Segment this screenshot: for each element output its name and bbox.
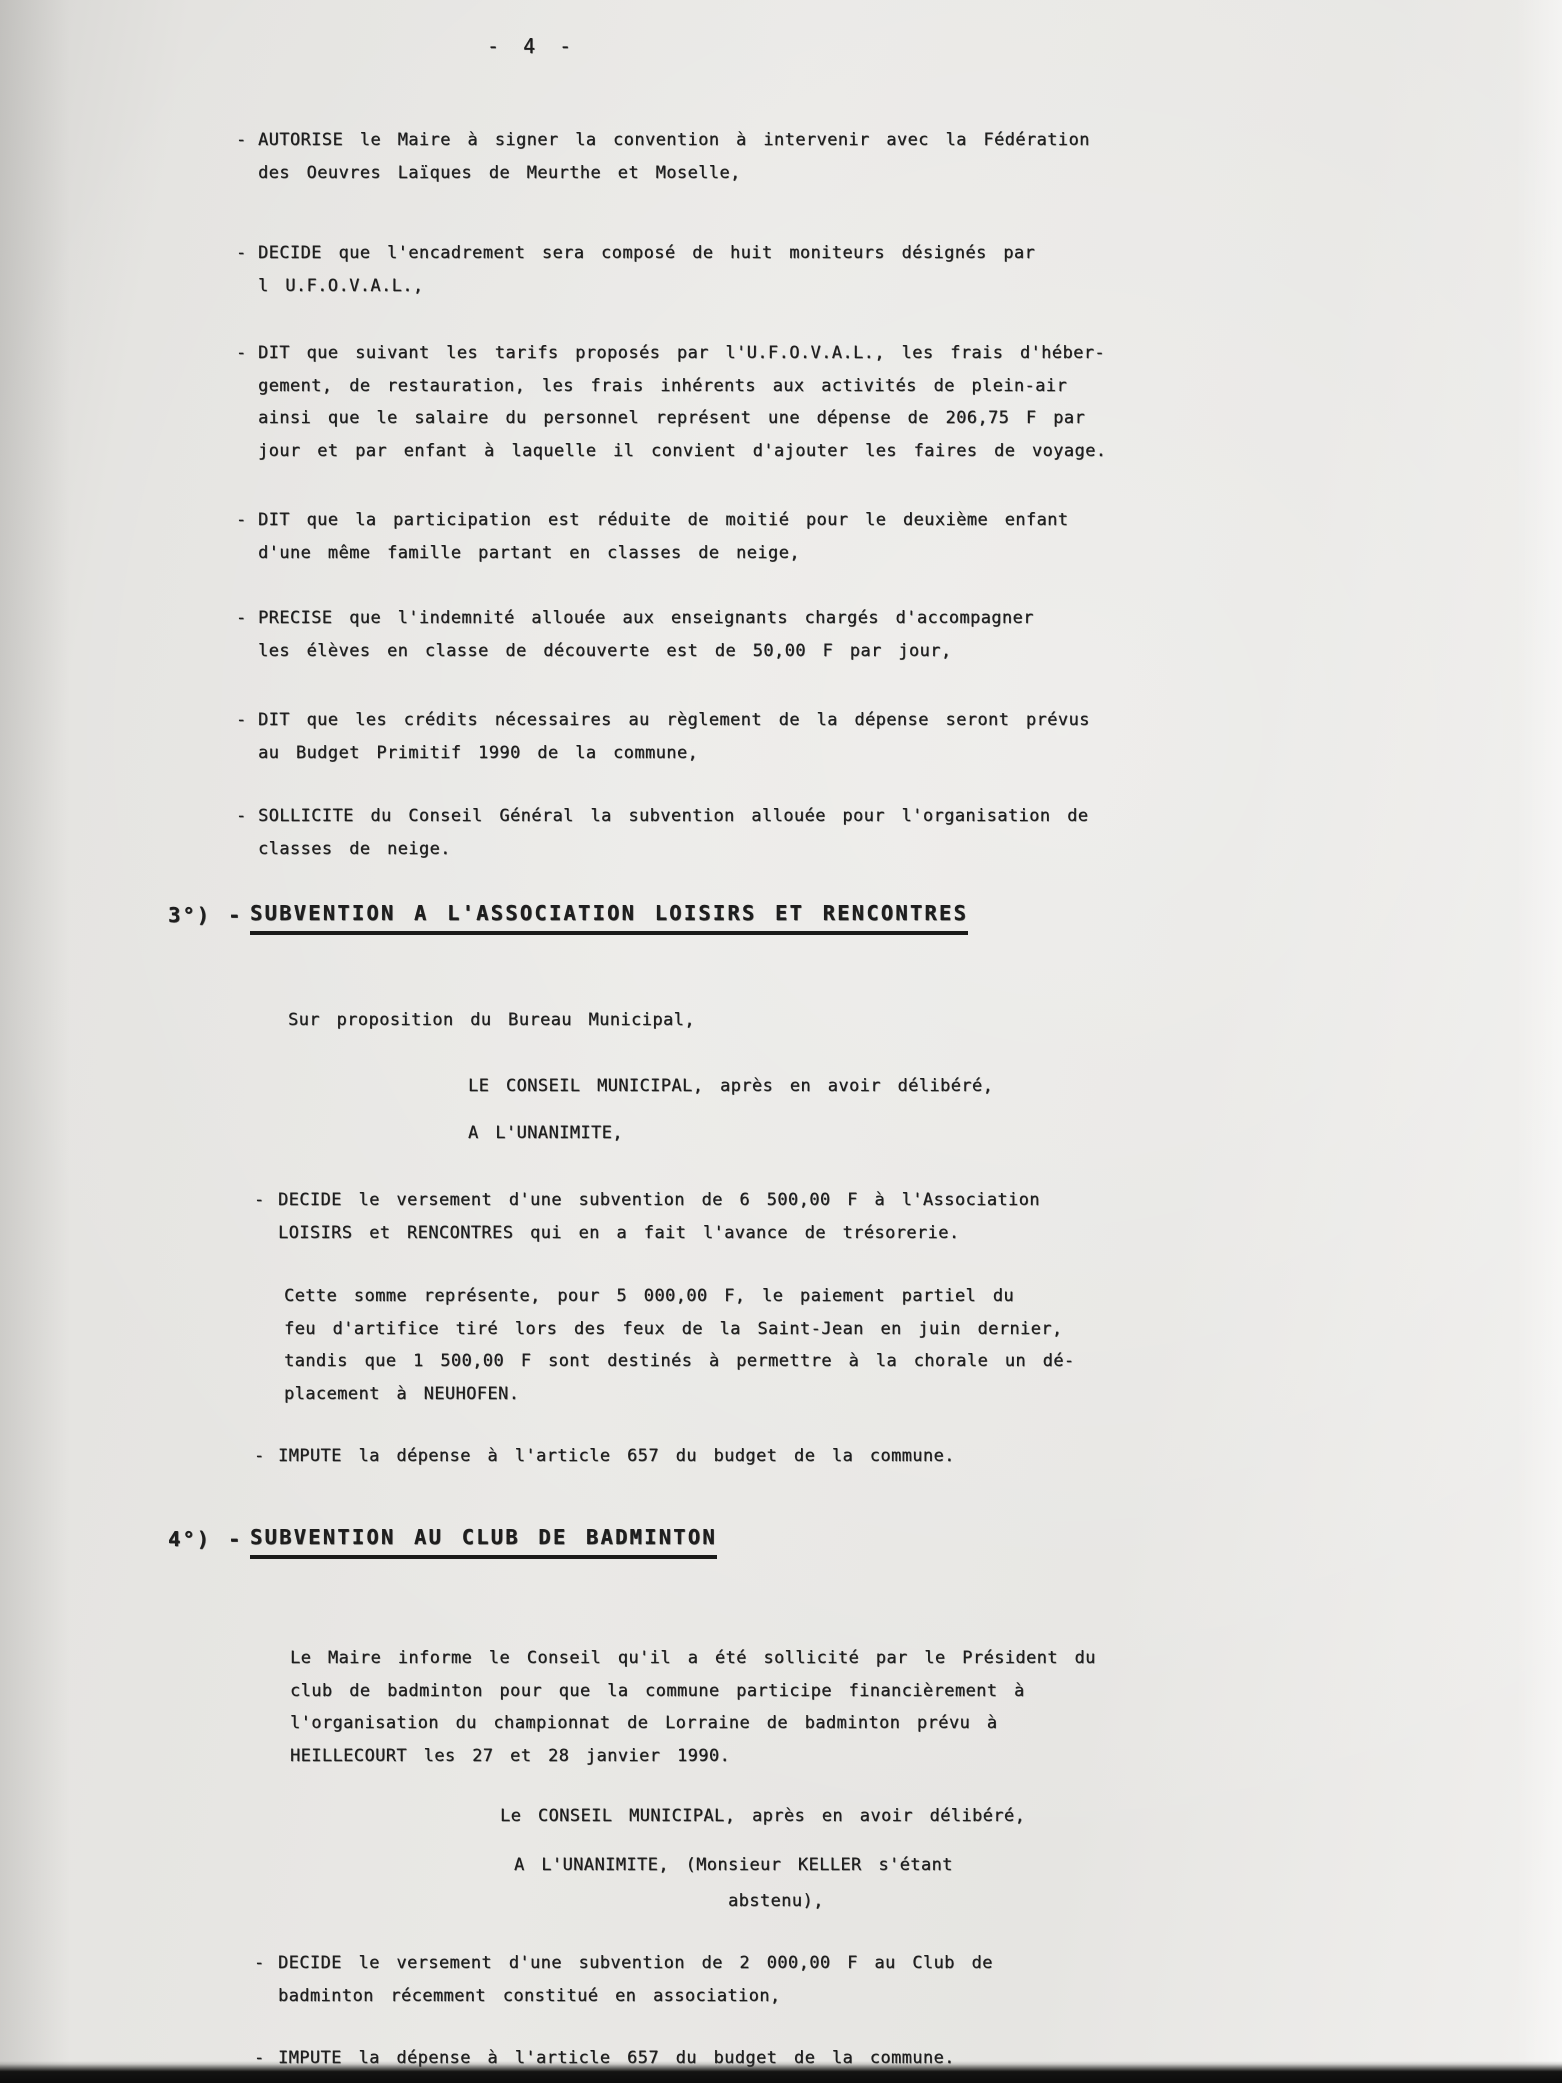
resolution-text: DECIDE que l'encadrement sera composé de… — [258, 237, 1035, 302]
scan-left-shadow — [0, 0, 70, 2083]
paragraph: Le Maire informe le Conseil qu'il a été … — [290, 1642, 1096, 1772]
resolution-item: - DECIDE que l'encadrement sera composé … — [236, 237, 1035, 302]
bullet-dash: - — [236, 504, 258, 537]
deliberation-line: Le CONSEIL MUNICIPAL, après en avoir dél… — [500, 1800, 1025, 1833]
resolution-text: DIT que les crédits nécessaires au règle… — [258, 704, 1090, 769]
section-3-title-wrap: SUBVENTION A L'ASSOCIATION LOISIRS ET RE… — [250, 901, 968, 935]
heading-separator: - — [228, 903, 242, 927]
unanimity-line: A L'UNANIMITE, (Monsieur KELLER s'étant — [514, 1849, 953, 1882]
resolution-text: DIT que la participation est réduite de … — [258, 504, 1068, 569]
bullet-dash: - — [254, 1184, 278, 1217]
scan-bottom-edge — [0, 2061, 1562, 2083]
resolution-item: - DIT que suivant les tarifs proposés pa… — [236, 337, 1106, 467]
resolution-item: - SOLLICITE du Conseil Général la subven… — [236, 800, 1088, 865]
section-4-title-wrap: SUBVENTION AU CLUB DE BADMINTON — [250, 1525, 717, 1559]
resolution-text: PRECISE que l'indemnité allouée aux ense… — [258, 602, 1034, 667]
unanimity-line-continuation: abstenu), — [728, 1885, 824, 1918]
resolution-text: DECIDE le versement d'une subvention de … — [278, 1184, 1040, 1249]
paragraph: Sur proposition du Bureau Municipal, — [288, 1004, 695, 1037]
scanned-document-page: - 4 - - AUTORISE le Maire à signer la co… — [0, 0, 1562, 2083]
heading-separator: - — [228, 1527, 242, 1551]
resolution-text: SOLLICITE du Conseil Général la subventi… — [258, 800, 1088, 865]
bullet-dash: - — [236, 800, 258, 833]
resolution-item: - PRECISE que l'indemnité allouée aux en… — [236, 602, 1034, 667]
section-3-heading: 3°) — [168, 903, 211, 927]
resolution-item: - IMPUTE la dépense à l'article 657 du b… — [254, 1440, 955, 1473]
bullet-dash: - — [254, 1440, 278, 1473]
bullet-dash: - — [236, 337, 258, 370]
note-paragraph: Cette somme représente, pour 5 000,00 F,… — [284, 1280, 1075, 1410]
resolution-text: AUTORISE le Maire à signer la convention… — [258, 124, 1090, 189]
unanimity-line: A L'UNANIMITE, — [468, 1117, 623, 1150]
resolution-item: - DIT que la participation est réduite d… — [236, 504, 1068, 569]
page-number: - 4 - — [487, 30, 572, 63]
resolution-item: - DECIDE le versement d'une subvention d… — [254, 1184, 1040, 1249]
resolution-item: - DECIDE le versement d'une subvention d… — [254, 1947, 993, 2012]
resolution-item: - AUTORISE le Maire à signer la conventi… — [236, 124, 1090, 189]
resolution-text: DIT que suivant les tarifs proposés par … — [258, 337, 1106, 467]
bullet-dash: - — [236, 704, 258, 737]
bullet-dash: - — [254, 1947, 278, 1980]
section-number: 3°) — [168, 903, 211, 927]
section-4-heading: 4°) — [168, 1527, 211, 1551]
deliberation-line: LE CONSEIL MUNICIPAL, après en avoir dél… — [468, 1070, 993, 1103]
bullet-dash: - — [236, 602, 258, 635]
bullet-dash: - — [236, 237, 258, 270]
scan-right-highlight — [1516, 0, 1562, 2083]
resolution-text: DECIDE le versement d'une subvention de … — [278, 1947, 993, 2012]
section-title: SUBVENTION AU CLUB DE BADMINTON — [250, 1525, 717, 1559]
bullet-dash: - — [236, 124, 258, 157]
section-number: 4°) — [168, 1527, 211, 1551]
resolution-item: - DIT que les crédits nécessaires au règ… — [236, 704, 1090, 769]
section-title: SUBVENTION A L'ASSOCIATION LOISIRS ET RE… — [250, 901, 968, 935]
resolution-text: IMPUTE la dépense à l'article 657 du bud… — [278, 1440, 955, 1473]
